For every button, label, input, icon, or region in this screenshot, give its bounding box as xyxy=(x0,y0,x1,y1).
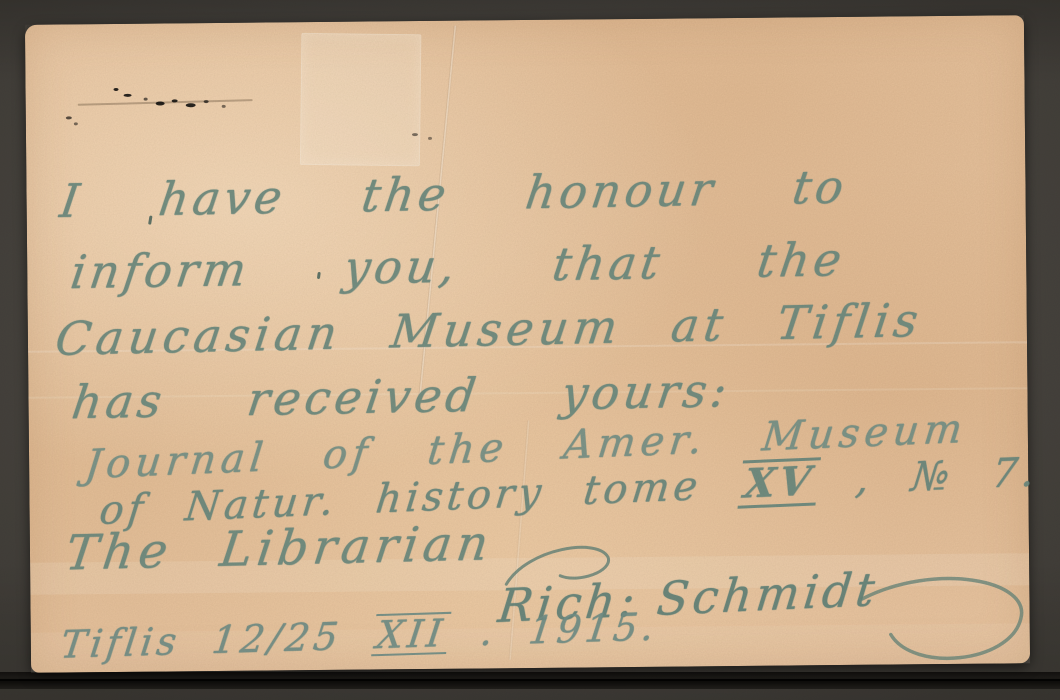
smudge-dot xyxy=(172,99,178,102)
smudge-dot xyxy=(74,122,78,125)
roman-numeral-tome: XV xyxy=(737,457,821,508)
smudge-dot xyxy=(186,103,196,107)
photo-background: I have the honour to inform you, that th… xyxy=(0,0,1060,700)
smudge-dot xyxy=(114,88,119,91)
scan-edge-stripe xyxy=(0,672,1060,689)
line-text: I have the honour to xyxy=(57,159,851,228)
line-text: Caucasian Museum at Tiflis xyxy=(52,293,926,366)
smudge-dot xyxy=(144,98,148,101)
smudge-dot xyxy=(66,116,72,119)
postcard: I have the honour to inform you, that th… xyxy=(25,15,1030,673)
handwriting-line-librarian: The Librarian xyxy=(65,515,493,581)
line-text: inform you, that the xyxy=(67,232,848,299)
dateline-year: . 1915. xyxy=(478,604,660,654)
smudge-dot xyxy=(222,105,226,108)
smudge-dot xyxy=(428,137,432,140)
line-text: The Librarian xyxy=(62,515,496,581)
handwriting-line-3: Caucasian Museum at Tiflis xyxy=(55,293,923,366)
smudge-dot xyxy=(204,100,209,103)
handwriting-line-1: I have the honour to xyxy=(60,159,848,227)
scan-edge-groove xyxy=(0,679,1060,681)
roman-numeral-month: XII xyxy=(371,612,451,656)
smudge-dot xyxy=(156,101,165,105)
smudge-dot xyxy=(124,94,132,97)
line-text: , № 7. xyxy=(854,449,1041,503)
tape-residue xyxy=(300,33,421,166)
smudge-dot xyxy=(412,133,418,136)
dateline-place: Tiflis 12/25 xyxy=(58,614,344,667)
handwriting-line-2: inform you, that the xyxy=(71,232,846,299)
smudge-streak xyxy=(78,99,253,106)
